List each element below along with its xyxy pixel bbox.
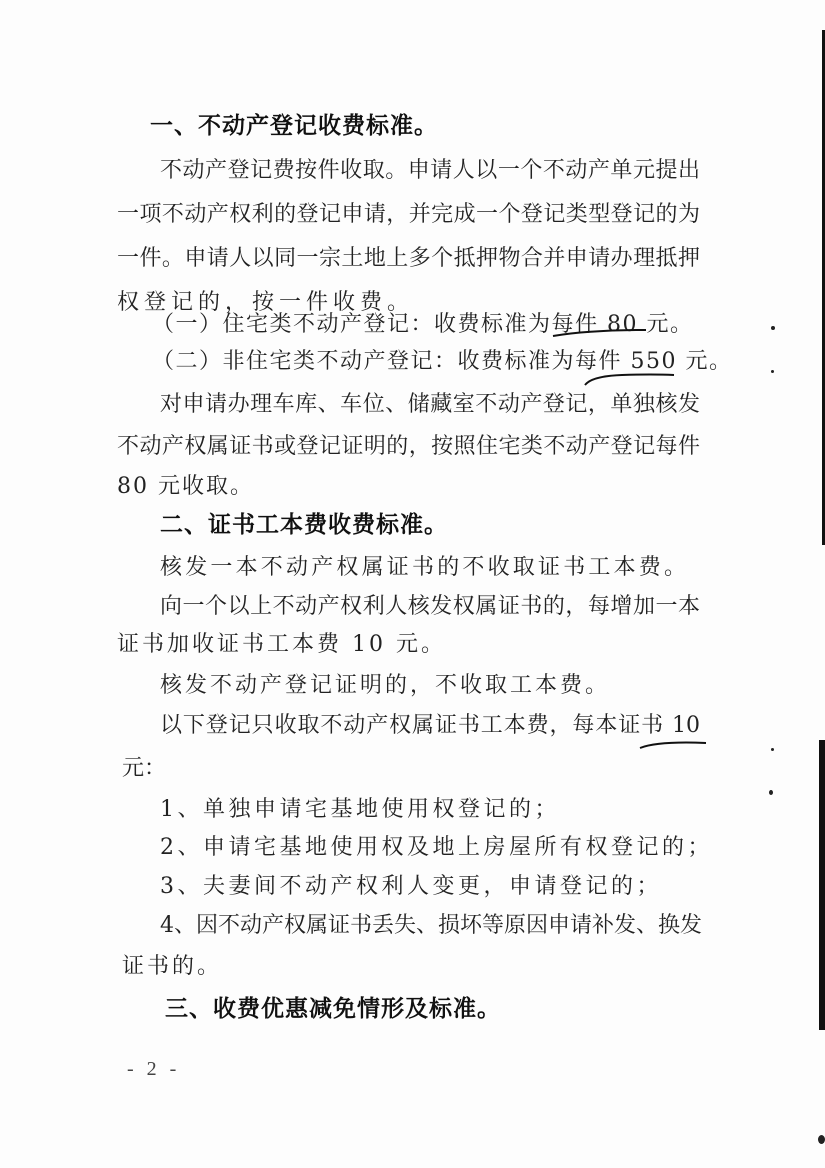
paragraph-line: 核发不动产登记证明的，不收取工本费。 bbox=[160, 672, 610, 700]
section-heading-3: 三、收费优惠减免情形及标准。 bbox=[165, 995, 501, 1023]
paragraph-line: 核发一本不动产权属证书的不收取证书工本费。 bbox=[160, 554, 689, 582]
page-number: - 2 - bbox=[127, 1058, 180, 1081]
paragraph-line: 不动产登记费按件收取。申请人以一个不动产单元提出 bbox=[160, 157, 700, 185]
paragraph-line: 证书的。 bbox=[122, 953, 222, 981]
scan-speck bbox=[769, 790, 773, 795]
paragraph-line: 不动产权属证书或登记证明的，按照住宅类不动产登记每件 bbox=[117, 433, 700, 461]
list-item-3: 3、夫妻间不动产权利人变更，申请登记的； bbox=[160, 873, 662, 901]
paragraph-line: 对申请办理车库、车位、储藏室不动产登记，单独核发 bbox=[160, 391, 700, 419]
list-item-4: 4、因不动产权属证书丢失、损坏等原因申请补发、换发 bbox=[160, 912, 700, 940]
handwritten-underline-icon bbox=[638, 738, 710, 752]
paragraph-line: 向一个以上不动产权利人核发权属证书的，每增加一本 bbox=[160, 593, 700, 621]
list-item-2: 2、申请宅基地使用权及地上房屋所有权登记的； bbox=[160, 834, 713, 862]
scan-speck bbox=[771, 748, 774, 751]
section-heading-1: 一、不动产登记收费标准。 bbox=[150, 112, 438, 140]
scan-speck bbox=[771, 326, 775, 330]
scan-speck bbox=[818, 1135, 825, 1144]
paragraph-line: 以下登记只收取不动产权属证书工本费，每本证书 10 bbox=[160, 712, 700, 740]
handwritten-underline-icon bbox=[550, 326, 650, 340]
paragraph-line: 元： bbox=[122, 755, 166, 783]
document-page: 一、不动产登记收费标准。 不动产登记费按件收取。申请人以一个不动产单元提出 一项… bbox=[0, 0, 825, 1168]
scan-speck bbox=[771, 370, 774, 373]
handwritten-underline-icon bbox=[582, 372, 677, 388]
scan-edge-shadow bbox=[819, 740, 825, 1030]
paragraph-line: 证书加收证书工本费 10 元。 bbox=[117, 631, 446, 659]
paragraph-line: 一件。申请人以同一宗土地上多个抵押物合并申请办理抵押 bbox=[117, 245, 700, 273]
list-item-1: 1、单独申请宅基地使用权登记的； bbox=[160, 796, 560, 824]
paragraph-line: 80 元收取。 bbox=[117, 473, 254, 501]
section-heading-2: 二、证书工本费收费标准。 bbox=[160, 511, 448, 539]
paragraph-line: 一项不动产权利的登记申请，并完成一个登记类型登记的为 bbox=[117, 201, 700, 229]
